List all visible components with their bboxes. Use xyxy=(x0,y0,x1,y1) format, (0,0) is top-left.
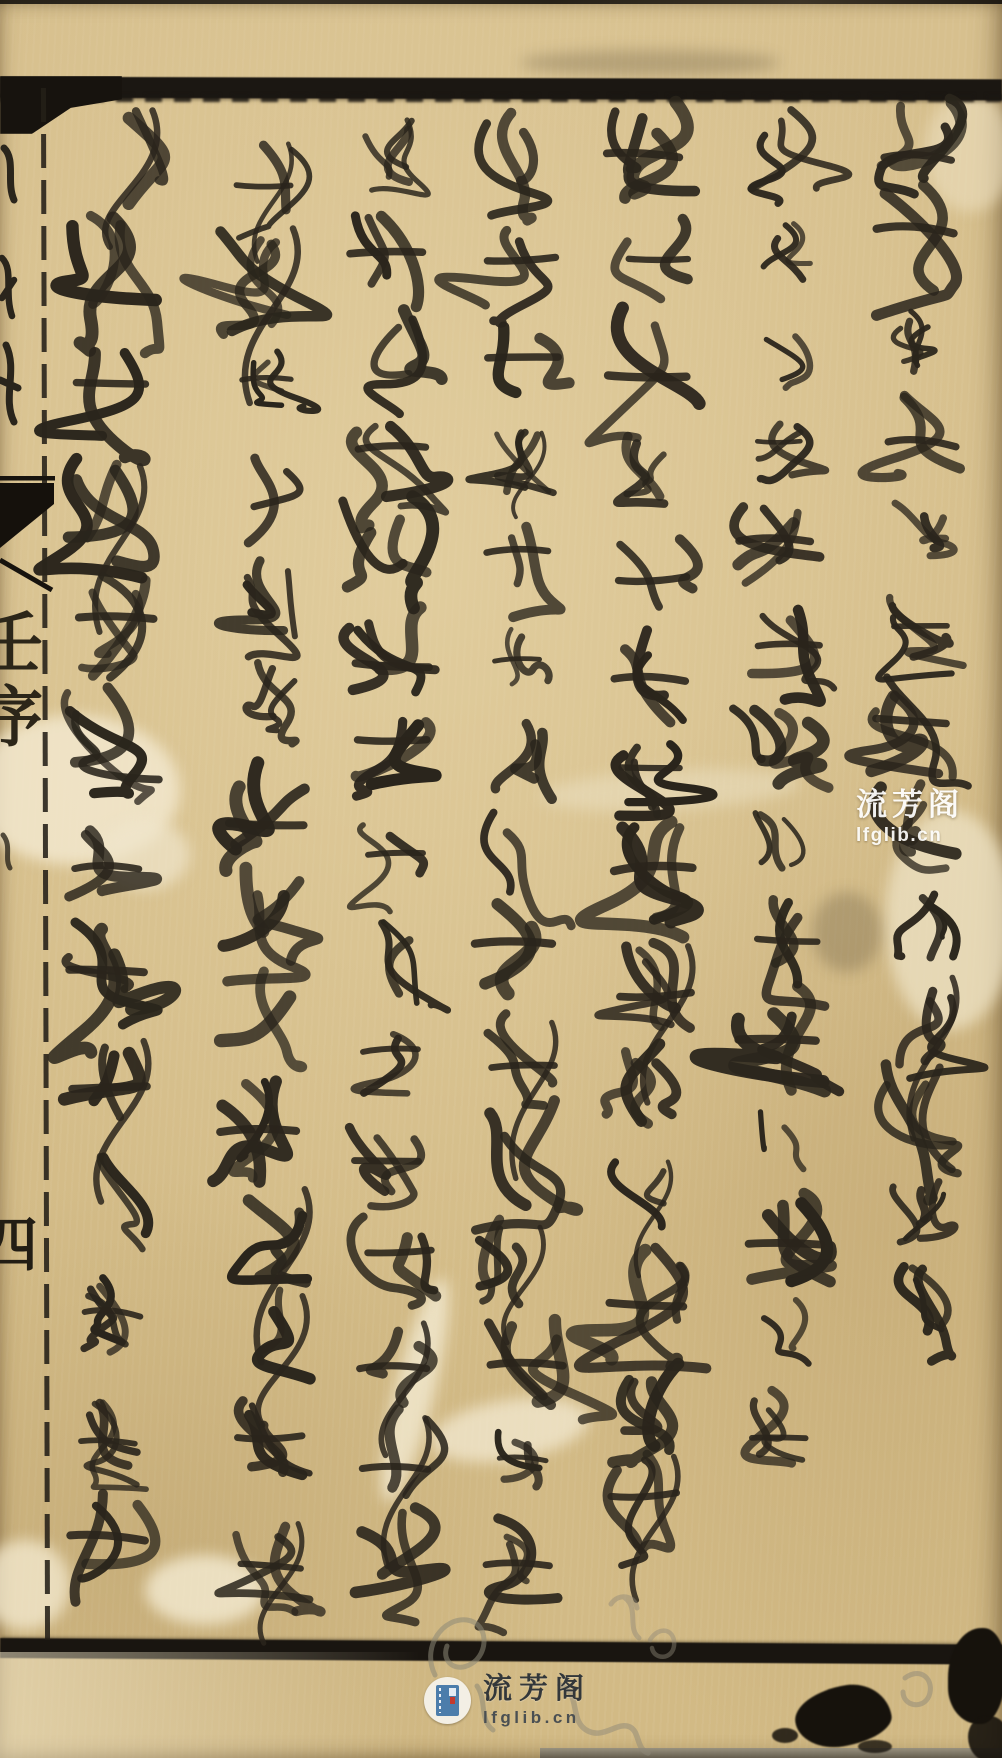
glyph xyxy=(607,1454,678,1600)
glyph xyxy=(734,507,820,583)
calligraphy-column xyxy=(592,108,722,1595)
glyph xyxy=(354,1034,418,1093)
glyph xyxy=(617,436,664,503)
page-top-edge-line xyxy=(0,0,1002,4)
glyph xyxy=(360,1323,433,1455)
glyph xyxy=(232,1189,310,1362)
glyph xyxy=(351,1217,436,1306)
glyph xyxy=(238,1401,310,1475)
watermark-right: 流芳阁 lfglib.cn xyxy=(856,789,964,845)
glyph xyxy=(893,1182,955,1242)
spine-label-bottom: 序 xyxy=(0,686,46,752)
glyph xyxy=(84,1278,140,1352)
glyph xyxy=(344,608,436,693)
glyph xyxy=(878,598,963,680)
glyph xyxy=(218,1524,321,1644)
spine-edge-fragments xyxy=(0,130,26,870)
ink-blot xyxy=(858,1740,892,1753)
glyph xyxy=(615,219,688,299)
glyph xyxy=(221,971,303,1067)
glyph xyxy=(613,1364,679,1463)
glyph xyxy=(64,688,158,802)
glyph xyxy=(619,539,698,607)
glyph xyxy=(79,577,154,678)
glyph xyxy=(224,868,319,981)
calligraphy-column xyxy=(852,100,992,1395)
glyph xyxy=(69,831,157,897)
bottom-margin-strip xyxy=(0,1652,420,1758)
glyph xyxy=(862,395,960,477)
glyph xyxy=(365,120,428,195)
glyph xyxy=(898,1267,951,1361)
glyph xyxy=(878,1065,958,1201)
glyph xyxy=(242,352,318,411)
glyph xyxy=(469,432,554,517)
glyph xyxy=(572,1248,706,1369)
glyph xyxy=(752,610,834,702)
book-icon xyxy=(424,1677,471,1724)
ink-blot xyxy=(968,1716,1002,1758)
watermark-url: lfglib.cn xyxy=(856,826,964,845)
glyph xyxy=(764,1300,808,1364)
glyph xyxy=(766,337,810,388)
glyph xyxy=(764,224,811,280)
calligraphy-column xyxy=(462,112,590,1652)
glyph xyxy=(487,527,561,617)
glyph xyxy=(616,744,714,816)
glyph xyxy=(219,763,305,871)
glyph xyxy=(350,1128,422,1207)
calligraphy-column xyxy=(722,112,852,1520)
spine-label-top: 壬 xyxy=(0,612,46,678)
glyph xyxy=(897,895,957,958)
smudge xyxy=(520,50,780,76)
glyph xyxy=(368,310,442,414)
glyph xyxy=(356,722,436,797)
glyph xyxy=(350,825,424,912)
glyph xyxy=(343,497,433,608)
glyph xyxy=(849,677,968,786)
glyph xyxy=(581,822,697,937)
glyph xyxy=(751,110,849,203)
glyph xyxy=(893,311,935,371)
ink-blot xyxy=(772,1728,798,1743)
glyph xyxy=(755,813,803,868)
glyph xyxy=(39,353,145,460)
glyph xyxy=(258,1290,310,1425)
glyph xyxy=(57,216,160,354)
watermark-url: lfglib.cn xyxy=(483,1709,591,1726)
glyph xyxy=(218,561,297,658)
watermark-title: 流芳阁 xyxy=(483,1675,591,1704)
glyph xyxy=(589,308,699,443)
page-number: 四 xyxy=(0,1198,48,1284)
glyph xyxy=(895,503,954,556)
glyph xyxy=(350,216,422,307)
glyph xyxy=(749,1193,832,1281)
glyph xyxy=(246,663,296,744)
glyph xyxy=(757,900,824,1006)
glyph xyxy=(495,724,551,799)
glyph xyxy=(81,1402,146,1489)
watermark-title: 流芳阁 xyxy=(856,789,964,820)
glyph xyxy=(761,1112,804,1169)
glyph xyxy=(607,102,695,198)
glyph xyxy=(479,113,548,220)
glyph xyxy=(498,1432,546,1486)
glyph xyxy=(614,630,685,722)
watermark-bottom: 流芳阁 lfglib.cn xyxy=(424,1672,591,1728)
glyph xyxy=(100,1156,149,1249)
glyph xyxy=(476,1101,578,1230)
calligraphy-column xyxy=(338,108,460,1652)
calligraphy-column xyxy=(208,122,334,1652)
glyph xyxy=(879,98,963,194)
glyph xyxy=(877,185,957,315)
glyph xyxy=(757,424,825,480)
glyph xyxy=(488,327,569,392)
scanned-page: 壬 序 四 流芳阁 lfglib.cn 流芳阁 lfglib.cn xyxy=(0,0,1002,1758)
glyph xyxy=(733,709,828,788)
spine-divider-line xyxy=(41,88,50,1640)
pencil-scribbles xyxy=(400,1580,1000,1758)
glyph xyxy=(745,1390,806,1463)
glyph xyxy=(213,1082,296,1182)
calligraphy-column xyxy=(56,105,180,1652)
glyph xyxy=(70,1494,155,1602)
glyph xyxy=(248,458,300,543)
glyph xyxy=(382,922,448,1010)
glyph xyxy=(495,629,550,684)
glyph xyxy=(54,922,175,1057)
